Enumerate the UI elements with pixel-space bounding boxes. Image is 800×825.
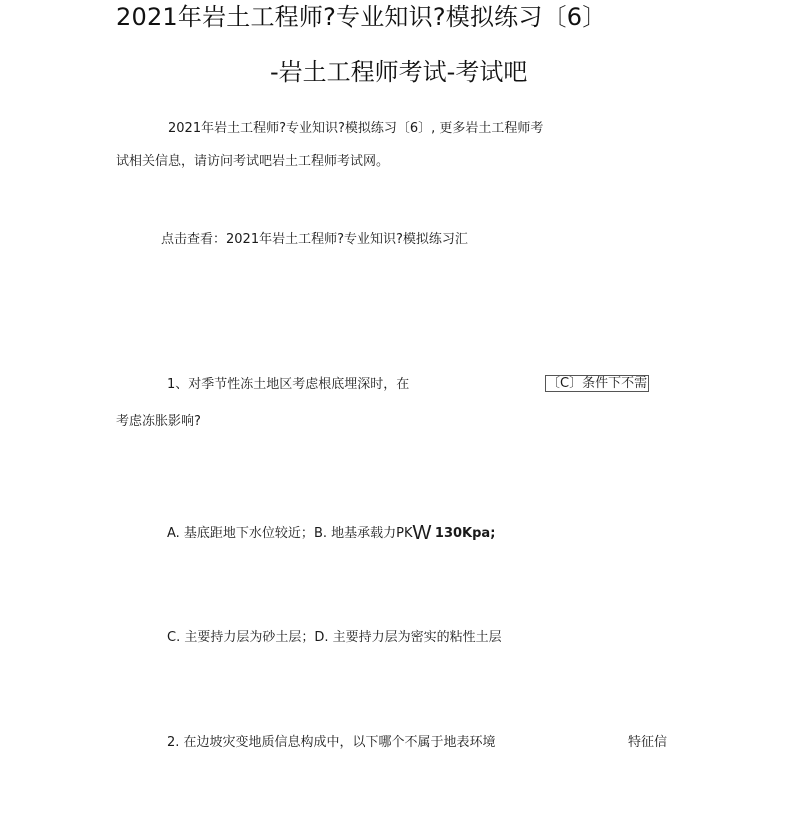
document-title-line1: 2021年岩土工程师?专业知识?模拟练习〔6〕 — [116, 2, 606, 32]
intro-line1: 2021年岩土工程师?专业知识?模拟练习〔6〕, 更多岩土工程师考 — [168, 121, 543, 137]
question-2-stem-right: 特征信 — [628, 735, 667, 751]
option-a: A. 基底距地下水位较近； — [167, 526, 314, 541]
related-link-line: 点击查看：2021年岩土工程师?专业知识?模拟练习汇 — [161, 232, 468, 248]
question-1-answer-box: 〔C〕条件下不需 — [545, 375, 649, 392]
question-1-stem-continued: 考虑冻胀影响? — [116, 414, 201, 430]
document-title-line2: -岩土工程师考试-考试吧 — [270, 57, 527, 87]
option-b-symbol: W — [413, 522, 431, 544]
question-2-stem: 2. 在边坡灾变地质信息构成中，以下哪个不属于地表环境 — [167, 735, 496, 751]
question-1-options-cd: C. 主要持力层为砂土层；D. 主要持力层为密实的粘性土层 — [167, 630, 502, 646]
question-1-stem: 1、对季节性冻土地区考虑根底埋深时，在 — [167, 377, 409, 393]
intro-line2: 试相关信息，请访问考试吧岩土工程师考试网。 — [116, 154, 389, 170]
related-link-prefix: 点击查看： — [161, 232, 226, 247]
option-b-suffix: 130Kpa; — [430, 526, 495, 541]
question-1-options-ab: A. 基底距地下水位较近；B. 地基承载力PKW 130Kpa; — [167, 525, 495, 542]
related-link[interactable]: 2021年岩土工程师?专业知识?模拟练习汇 — [226, 232, 468, 247]
option-b-prefix: B. 地基承载力PK — [314, 526, 413, 541]
